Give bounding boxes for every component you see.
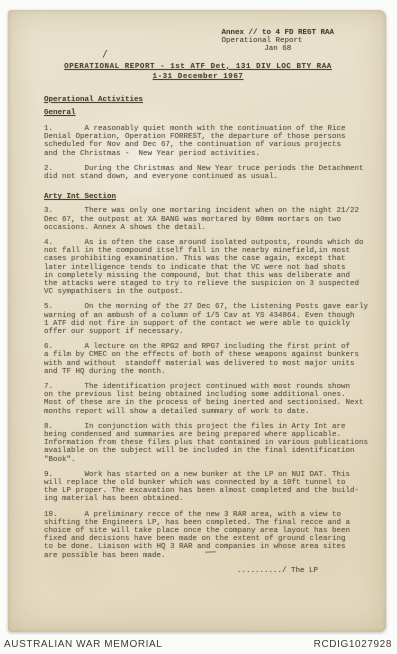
paragraph-9: 9. Work has started on a new bunker at t… [44,471,376,504]
report-subtitle: 1-31 December 1967 [22,73,374,81]
report-title: OPERATIONAL REPORT - 1st ATF Det, 131 DI… [22,63,374,71]
paragraph-8: 8. In conjunction with this project the … [44,423,376,464]
paragraph-6: 6. A lecture on the RPG2 and RPG7 includ… [44,343,376,376]
paragraph-2: 2. During the Christmas and New Year tru… [44,165,376,181]
footer-bar: AUSTRALIAN WAR MEMORIAL RCDIG1027928 [0,636,397,654]
archive-name-label: AUSTRALIAN WAR MEMORIAL [4,639,162,650]
paragraph-1: 1. A reasonably quiet month with the con… [44,125,376,158]
section-heading-operational-activities: Operational Activities [44,96,374,104]
paragraph-7: 7. The identification project continued … [44,383,376,416]
paragraph-5: 5. On the morning of the 27 Dec 67, the … [44,303,376,336]
handwritten-mark: / [102,51,106,60]
paragraph-3: 3. There was only one mortaring incident… [44,207,376,232]
title-block: OPERATIONAL REPORT - 1st ATF Det, 131 DI… [22,63,374,82]
continuation-note: ........../ The LP [44,567,374,575]
annex-date-line: Jan 68 [221,45,334,53]
paragraph-4: 4. As is often the case around isolated … [44,239,376,296]
document-page: Annex // to 4 FD REGT RAA Operational Re… [8,10,386,632]
document-content: Annex // to 4 FD REGT RAA Operational Re… [8,10,386,575]
annex-line: Annex // to 4 FD REGT RAA [221,29,334,37]
section-heading-arty-int: Arty Int Section [44,193,374,201]
section-heading-general: General [44,109,374,117]
annex-header: Annex // to 4 FD REGT RAA Operational Re… [221,29,334,54]
catalogue-number: RCDIG1027928 [314,639,392,650]
